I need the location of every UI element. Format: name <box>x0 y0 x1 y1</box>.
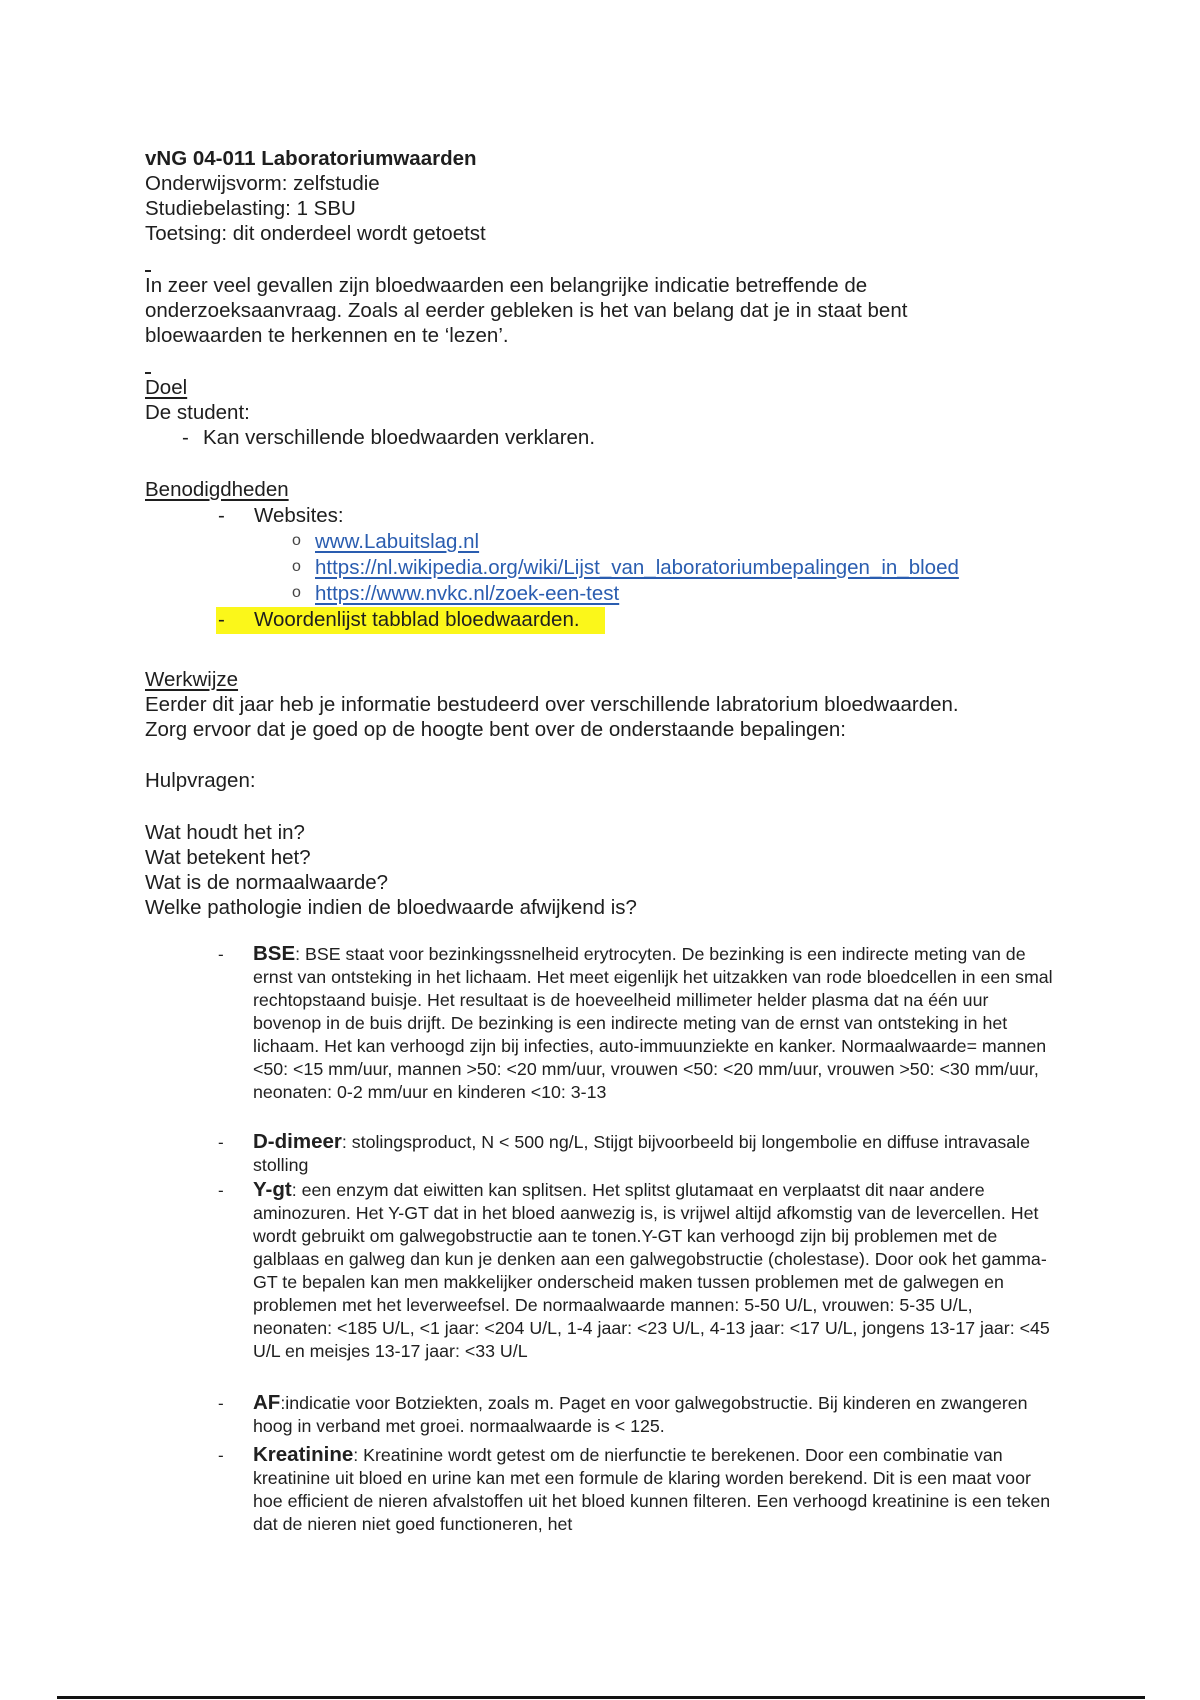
intro-line-2: onderzoeksaanvraag. Zoals al eerder gebl… <box>145 298 907 323</box>
empty-bullet-marker <box>145 270 151 272</box>
meta-toetsing: Toetsing: dit onderdeel wordt getoetst <box>145 221 486 246</box>
doel-item: Kan verschillende bloedwaarden verklaren… <box>203 425 595 450</box>
text-y-gt: : een enzym dat eiwitten kan splitsen. H… <box>253 1180 1050 1361</box>
werkwijze-line-1: Eerder dit jaar heb je informatie bestud… <box>145 692 959 717</box>
question-3: Wat is de normaalwaarde? <box>145 870 388 895</box>
bepaling-af: AF:indicatie voor Botziekten, zoals m. P… <box>253 1391 1053 1438</box>
intro-line-1: In zeer veel gevallen zijn bloedwaarden … <box>145 273 867 298</box>
link-nvkc[interactable]: https://www.nvkc.nl/zoek-een-test <box>315 581 619 606</box>
dash-bullet: - <box>218 607 225 632</box>
bepaling-d-dimeer: D-dimeer: stolingsproduct, N < 500 ng/L,… <box>253 1130 1053 1177</box>
empty-bullet-marker <box>145 372 151 374</box>
hulpvragen-label: Hulpvragen: <box>145 768 256 793</box>
question-1: Wat houdt het in? <box>145 820 305 845</box>
term-af: AF <box>253 1391 280 1414</box>
highlighted-item: Woordenlijst tabblad bloedwaarden. <box>254 607 580 632</box>
benodigdheden-heading: Benodigdheden <box>145 477 289 502</box>
dash-bullet: - <box>218 1446 224 1466</box>
document-title: vNG 04-011 Laboratoriumwaarden <box>145 146 477 171</box>
dash-bullet: - <box>218 1133 224 1153</box>
term-bse: BSE <box>253 942 295 965</box>
doel-subject: De student: <box>145 400 250 425</box>
term-d-dimeer: D-dimeer <box>253 1130 342 1153</box>
bepaling-kreatinine: Kreatinine: Kreatinine wordt getest om d… <box>253 1443 1053 1536</box>
dash-bullet: - <box>218 503 225 528</box>
bepaling-y-gt: Y-gt: een enzym dat eiwitten kan splitse… <box>253 1178 1053 1363</box>
dash-bullet: - <box>218 1181 224 1201</box>
term-y-gt: Y-gt <box>253 1178 292 1201</box>
link-labuitslag[interactable]: www.Labuitslag.nl <box>315 529 479 554</box>
werkwijze-heading: Werkwijze <box>145 667 238 692</box>
text-kreatinine: : Kreatinine wordt getest om de nierfunc… <box>253 1445 1050 1534</box>
werkwijze-line-2: Zorg ervoor dat je goed op de hoogte ben… <box>145 717 846 742</box>
question-4: Welke pathologie indien de bloedwaarde a… <box>145 895 637 920</box>
dash-bullet: - <box>182 425 189 450</box>
question-2: Wat betekent het? <box>145 845 311 870</box>
circle-bullet-icon: o <box>292 532 301 550</box>
term-kreatinine: Kreatinine <box>253 1443 353 1466</box>
circle-bullet-icon: o <box>292 558 301 576</box>
bepaling-bse: BSE: BSE staat voor bezinkingssnelheid e… <box>253 942 1053 1104</box>
page-bottom-rule <box>57 1696 1145 1699</box>
document-page: vNG 04-011 Laboratoriumwaarden Onderwijs… <box>0 0 1200 1700</box>
link-wikipedia[interactable]: https://nl.wikipedia.org/wiki/Lijst_van_… <box>315 555 959 580</box>
text-d-dimeer: : stolingsproduct, N < 500 ng/L, Stijgt … <box>253 1132 1030 1175</box>
meta-studiebelasting: Studiebelasting: 1 SBU <box>145 196 356 221</box>
dash-bullet: - <box>218 1394 224 1414</box>
text-af: :indicatie voor Botziekten, zoals m. Pag… <box>253 1393 1028 1436</box>
dash-bullet: - <box>218 945 224 965</box>
intro-line-3: bloewaarden te herkennen en te ‘lezen’. <box>145 323 509 348</box>
websites-label: Websites: <box>254 503 344 528</box>
circle-bullet-icon: o <box>292 584 301 602</box>
meta-onderwijsvorm: Onderwijsvorm: zelfstudie <box>145 171 380 196</box>
doel-heading: Doel <box>145 375 187 400</box>
text-bse: : BSE staat voor bezinkingssnelheid eryt… <box>253 944 1053 1102</box>
